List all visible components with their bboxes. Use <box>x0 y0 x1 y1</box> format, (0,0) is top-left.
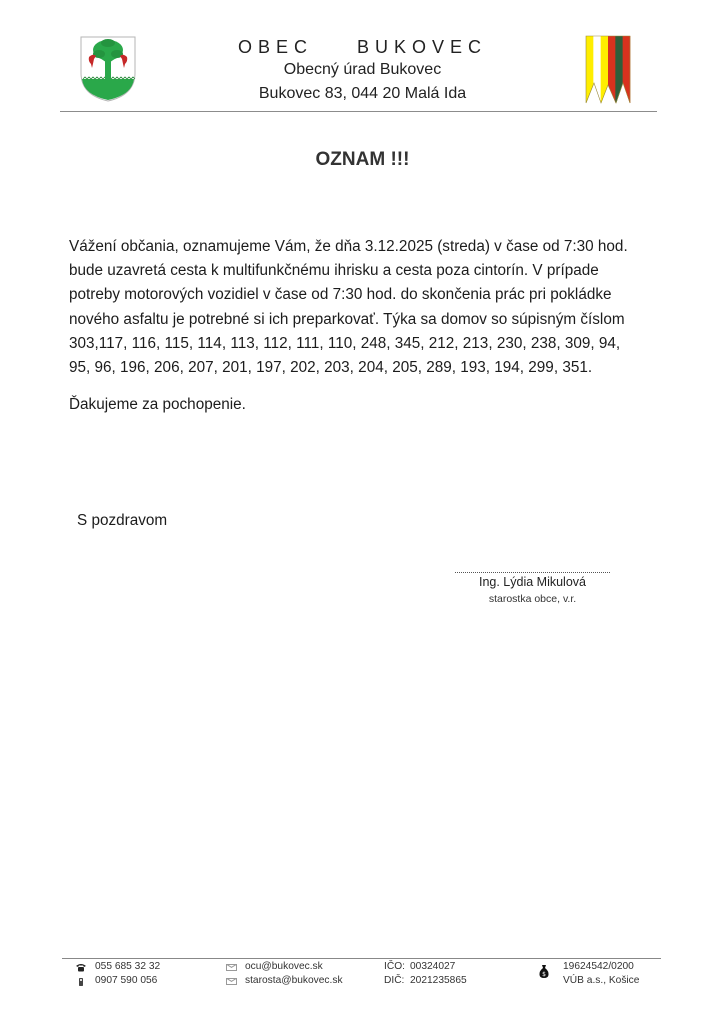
money-bag-icon: $ <box>539 965 549 978</box>
mobile-phone-icon <box>78 977 84 987</box>
notice-body-line: 95, 96, 196, 206, 207, 201, 197, 202, 20… <box>69 356 669 380</box>
notice-body-line: nového asfaltu je potrebné si ich prepar… <box>69 308 669 332</box>
header-divider <box>60 111 657 112</box>
footer-mobile[interactable]: 0907 590 056 <box>95 975 157 986</box>
footer-divider <box>62 958 661 959</box>
signature-line <box>455 572 610 573</box>
notice-body: Vážení občania, oznamujeme Vám, že dňa 3… <box>69 235 669 380</box>
footer-dic-value: 2021235865 <box>410 975 467 986</box>
notice-body-line: 303,117, 116, 115, 114, 113, 112, 111, 1… <box>69 332 669 356</box>
footer-ico-value: 00324027 <box>410 961 455 972</box>
telephone-icon <box>76 963 86 972</box>
footer-ico-label: IČO: <box>384 961 405 972</box>
footer-email-office[interactable]: ocu@bukovec.sk <box>245 961 323 972</box>
svg-text:$: $ <box>542 971 546 978</box>
notice-title: OZNAM !!! <box>0 149 725 171</box>
signatory-role: starostka obce, v.r. <box>455 593 610 605</box>
footer-bank-name: VÚB a.s., Košice <box>563 975 639 986</box>
envelope-icon <box>226 964 237 971</box>
thanks-text: Ďakujeme za pochopenie. <box>69 396 246 414</box>
footer-dic-label: DIČ: <box>384 975 404 986</box>
regards-text: S pozdravom <box>77 512 167 530</box>
footer-bank-account: 19624542/0200 <box>563 961 634 972</box>
footer-email-mayor[interactable]: starosta@bukovec.sk <box>245 975 343 986</box>
signatory-name: Ing. Lýdia Mikulová <box>455 575 610 589</box>
notice-body-line: Vážení občania, oznamujeme Vám, že dňa 3… <box>69 235 669 259</box>
municipal-flag-icon <box>585 35 631 105</box>
envelope-icon <box>226 978 237 985</box>
notice-body-line: bude uzavretá cesta k multifunkčnému ihr… <box>69 259 669 283</box>
footer-phone[interactable]: 055 685 32 32 <box>95 961 160 972</box>
notice-body-line: potreby motorových vozidiel v čase od 7:… <box>69 283 669 307</box>
